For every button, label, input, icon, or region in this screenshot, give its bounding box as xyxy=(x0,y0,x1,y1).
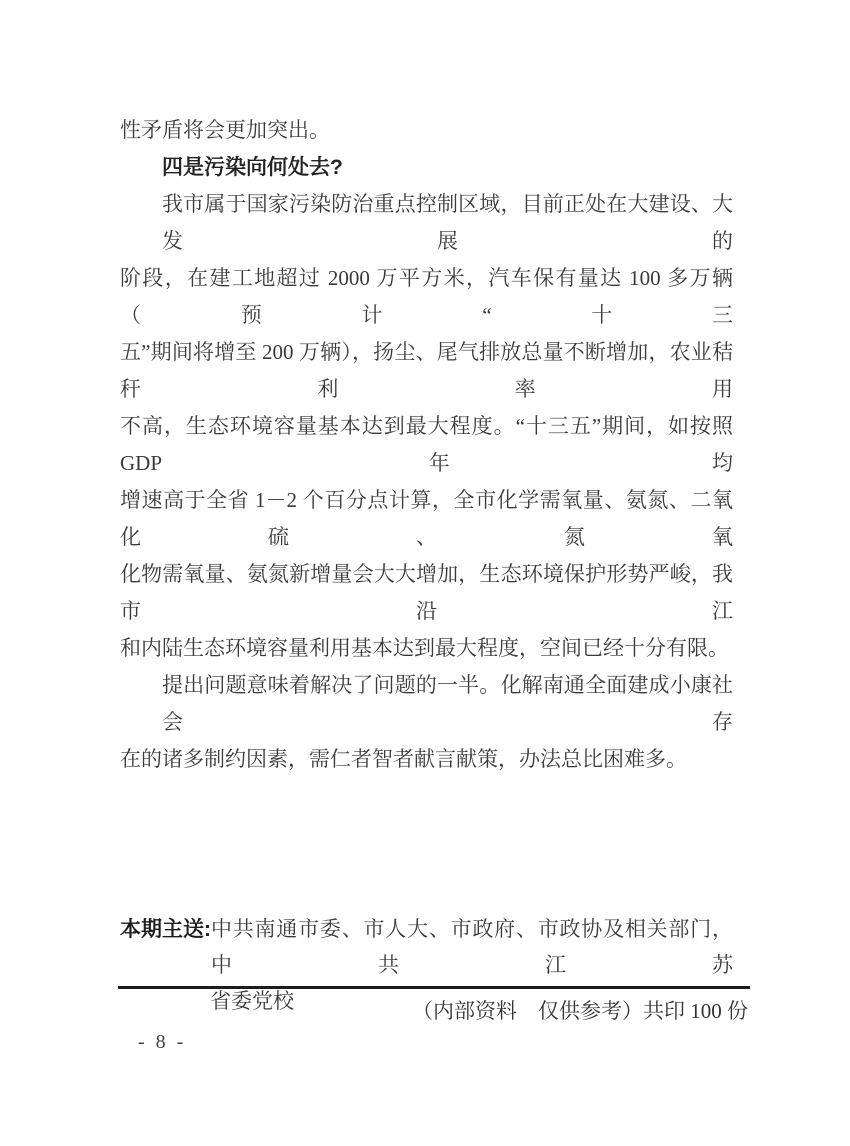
body-line: 提出问题意味着解决了问题的一半。化解南通全面建成小康社会存 xyxy=(120,667,733,741)
print-info-note: （内部资料 仅供参考）共印 100 份 xyxy=(120,997,748,1025)
body-line: 我市属于国家污染防治重点控制区域，目前正处在大建设、大发展的 xyxy=(120,186,733,260)
distribution-label: 本期主送: xyxy=(120,912,211,948)
body-line: 增速高于全省 1－2 个百分点计算，全市化学需氧量、氨氮、二氧化硫、氮氧 xyxy=(120,482,733,556)
body-text-block: 性矛盾将会更加突出。 四是污染向何处去? 我市属于国家污染防治重点控制区域，目前… xyxy=(120,112,733,778)
body-line: 和内陆生态环境容量利用基本达到最大程度，空间已经十分有限。 xyxy=(120,630,733,667)
distribution-recipients-line: 中共南通市委、市人大、市政府、市政协及相关部门，中共江苏 xyxy=(211,911,733,983)
body-line: 阶段，在建工地超过 2000 万平方米，汽车保有量达 100 多万辆（预计“十三 xyxy=(120,260,733,334)
body-line: 化物需氧量、氨氮新增量会大大增加，生态环境保护形势严峻，我市沿江 xyxy=(120,556,733,630)
body-line: 五”期间将增至 200 万辆），扬尘、尾气排放总量不断增加，农业秸秆利率用 xyxy=(120,334,733,408)
body-line: 不高，生态环境容量基本达到最大程度。“十三五”期间，如按照 GDP 年均 xyxy=(120,408,733,482)
section-heading: 四是污染向何处去? xyxy=(120,149,733,186)
page-number: - 8 - xyxy=(138,1031,186,1054)
document-page: 性矛盾将会更加突出。 四是污染向何处去? 我市属于国家污染防治重点控制区域，目前… xyxy=(0,0,850,1146)
footer-divider xyxy=(118,986,750,989)
body-line: 在的诸多制约因素，需仁者智者献言献策，办法总比困难多。 xyxy=(120,741,733,778)
distribution-row: 本期主送: 中共南通市委、市人大、市政府、市政协及相关部门，中共江苏 xyxy=(120,911,733,983)
body-line-continuation: 性矛盾将会更加突出。 xyxy=(120,112,733,149)
